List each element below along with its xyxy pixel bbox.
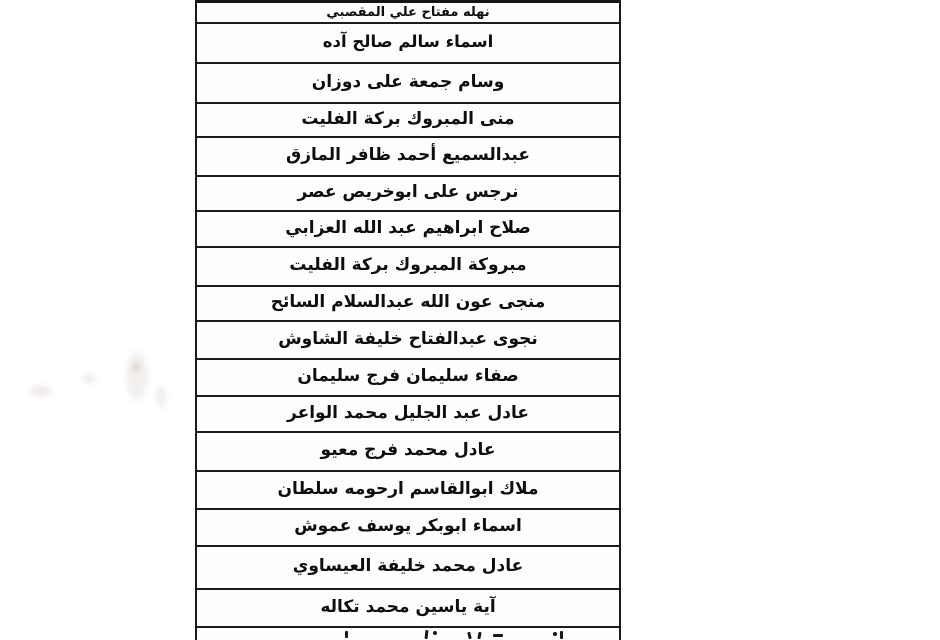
scanned-document-page: نهله مفتاح علي المقصبي اسماء سالم صالح آ… bbox=[0, 0, 940, 640]
name-text: عادل محمد فرج معيو bbox=[321, 440, 496, 460]
table-row: عادل محمد فرج معيو bbox=[197, 433, 619, 472]
name-text: اسماء ابوبكر يوسف عموش bbox=[294, 516, 522, 536]
table-row: عادل محمد خليفة العيساوي bbox=[197, 547, 619, 590]
table-row-partial-cutoff bbox=[197, 628, 619, 640]
table-row: آية ياسين محمد تكاله bbox=[197, 590, 619, 628]
letter-tip-mark bbox=[493, 634, 503, 637]
name-text: ملاك ابوالقاسم ارحومه سلطان bbox=[278, 479, 539, 499]
table-row: نرجس على ابوخريص عصر bbox=[197, 177, 619, 212]
table-row: منى المبروك بركة الفليت bbox=[197, 104, 619, 138]
table-row: منجى عون الله عبدالسلام السائح bbox=[197, 287, 619, 322]
letter-tip-mark bbox=[425, 630, 429, 639]
scan-smudge bbox=[82, 374, 96, 383]
letter-tip-mark bbox=[553, 632, 557, 636]
letter-tip-mark bbox=[345, 631, 348, 638]
scan-smudge bbox=[156, 386, 166, 408]
table-row: صلاح ابراهيم عبد الله العزابي bbox=[197, 212, 619, 248]
table-row: نهله مفتاح علي المقصبي bbox=[197, 3, 619, 24]
table-row: عادل عبد الجليل محمد الواعر bbox=[197, 397, 619, 433]
name-text: عبدالسميع أحمد ظافر المازق bbox=[286, 145, 530, 165]
scan-smudge bbox=[133, 364, 140, 371]
name-text: آية ياسين محمد تكاله bbox=[320, 597, 495, 617]
name-text: صلاح ابراهيم عبد الله العزابي bbox=[285, 218, 531, 238]
table-row: اسماء ابوبكر يوسف عموش bbox=[197, 510, 619, 547]
name-text: منجى عون الله عبدالسلام السائح bbox=[271, 292, 546, 312]
name-text: عادل محمد خليفة العيساوي bbox=[293, 556, 523, 576]
letter-tip-mark bbox=[560, 631, 563, 639]
name-text: وسام جمعة على دوزان bbox=[312, 72, 505, 92]
table-row: اسماء سالم صالح آده bbox=[197, 24, 619, 64]
table-row: ملاك ابوالقاسم ارحومه سلطان bbox=[197, 472, 619, 510]
name-text: مبروكة المبروك بركة الفليت bbox=[289, 255, 526, 275]
table-row: مبروكة المبروك بركة الفليت bbox=[197, 248, 619, 287]
name-text: منى المبروك بركة الفليت bbox=[301, 109, 514, 129]
names-table: نهله مفتاح علي المقصبي اسماء سالم صالح آ… bbox=[195, 0, 621, 640]
table-row: عبدالسميع أحمد ظافر المازق bbox=[197, 138, 619, 177]
name-text: نرجس على ابوخريص عصر bbox=[298, 182, 519, 202]
table-row: صفاء سليمان فرج سليمان bbox=[197, 360, 619, 397]
table-row: وسام جمعة على دوزان bbox=[197, 64, 619, 104]
letter-tip-mark bbox=[433, 631, 437, 635]
name-text: نجوى عبدالفتاح خليفة الشاوش bbox=[278, 329, 538, 349]
scan-smudge bbox=[126, 352, 148, 400]
name-text: اسماء سالم صالح آده bbox=[323, 32, 493, 51]
letter-tip-mark bbox=[477, 632, 481, 639]
scan-smudge bbox=[30, 386, 52, 396]
table-row: نجوى عبدالفتاح خليفة الشاوش bbox=[197, 322, 619, 360]
name-text: صفاء سليمان فرج سليمان bbox=[297, 366, 518, 386]
letter-tip-mark bbox=[467, 632, 472, 640]
name-text: عادل عبد الجليل محمد الواعر bbox=[287, 403, 529, 423]
name-text: نهله مفتاح علي المقصبي bbox=[326, 5, 489, 20]
